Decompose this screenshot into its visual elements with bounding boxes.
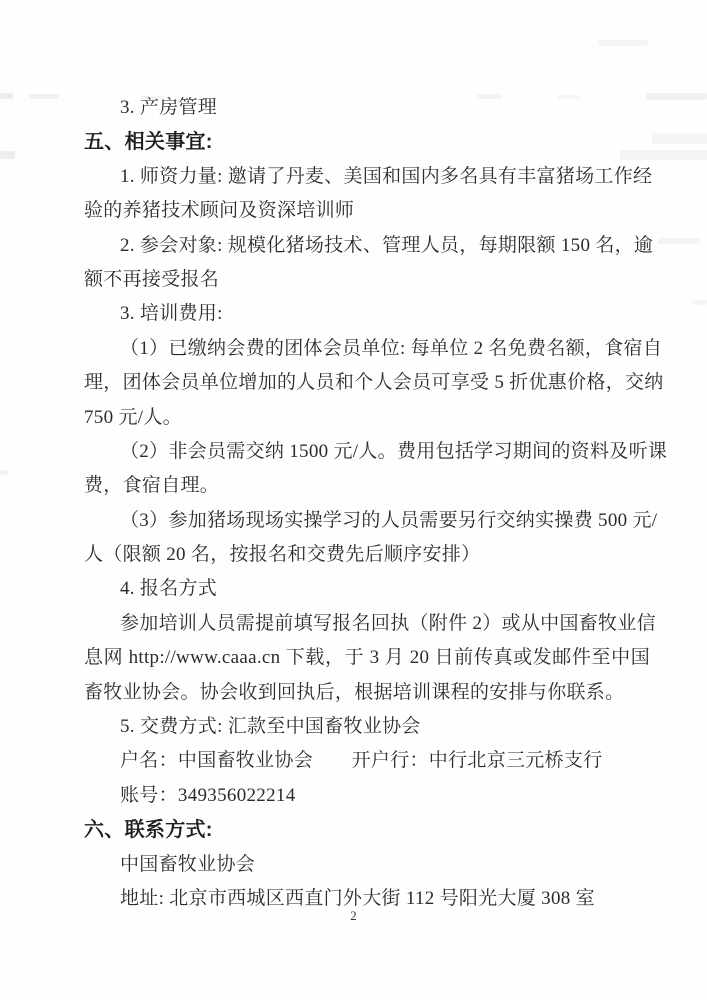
text-line: 参加培训人员需提前填写报名回执（附件 2）或从中国畜牧业信: [84, 607, 650, 641]
text-line: 息网 http://www.caaa.cn 下载，于 3 月 20 日前传真或发…: [84, 641, 650, 675]
scan-artifact: [0, 151, 15, 159]
scan-artifact: [598, 40, 648, 46]
text-line: 750 元/人。: [84, 401, 650, 435]
scan-artifact: [29, 94, 59, 99]
text-line: 额不再接受报名: [84, 263, 650, 297]
text-line: 账号：349356022214: [84, 779, 650, 813]
text-line: 3. 产房管理: [84, 91, 650, 125]
text-line: 5. 交费方式: 汇款至中国畜牧业协会: [84, 710, 650, 744]
section-heading: 六、联系方式:: [84, 813, 650, 847]
section-heading: 五、相关事宜:: [84, 125, 650, 159]
text-line: （3）参加猪场现场实操学习的人员需要另行交纳实操费 500 元/: [84, 504, 650, 538]
document-body: 3. 产房管理五、相关事宜:1. 师资力量: 邀请了丹麦、美国和国内多名具有丰富…: [84, 91, 650, 916]
text-line: 户名：中国畜牧业协会 开户行：中行北京三元桥支行: [84, 744, 650, 778]
text-line: 验的养猪技术顾问及资深培训师: [84, 194, 650, 228]
page-number: 2: [0, 908, 707, 924]
text-line: 畜牧业协会。协会收到回执后，根据培训课程的安排与你联系。: [84, 676, 650, 710]
scan-artifact: [0, 93, 13, 99]
text-line: 2. 参会对象: 规模化猪场技术、管理人员，每期限额 150 名，逾: [84, 229, 650, 263]
scan-artifact: [658, 238, 700, 244]
scan-artifact: [692, 300, 707, 305]
document-page: 3. 产房管理五、相关事宜:1. 师资力量: 邀请了丹麦、美国和国内多名具有丰富…: [0, 0, 707, 1000]
text-line: 3. 培训费用:: [84, 297, 650, 331]
scan-artifact: [652, 133, 707, 144]
text-line: 1. 师资力量: 邀请了丹麦、美国和国内多名具有丰富猪场工作经: [84, 160, 650, 194]
scan-artifact: [0, 470, 8, 475]
text-line: （2）非会员需交纳 1500 元/人。费用包括学习期间的资料及听课: [84, 435, 650, 469]
text-line: （1）已缴纳会费的团体会员单位: 每单位 2 名免费名额，食宿自: [84, 332, 650, 366]
text-line: 4. 报名方式: [84, 572, 650, 606]
text-line: 理，团体会员单位增加的人员和个人会员可享受 5 折优惠价格，交纳: [84, 366, 650, 400]
text-line: 费，食宿自理。: [84, 469, 650, 503]
text-line: 人（限额 20 名，按报名和交费先后顺序安排）: [84, 538, 650, 572]
scan-artifact: [646, 93, 707, 100]
text-line: 中国畜牧业协会: [84, 848, 650, 882]
